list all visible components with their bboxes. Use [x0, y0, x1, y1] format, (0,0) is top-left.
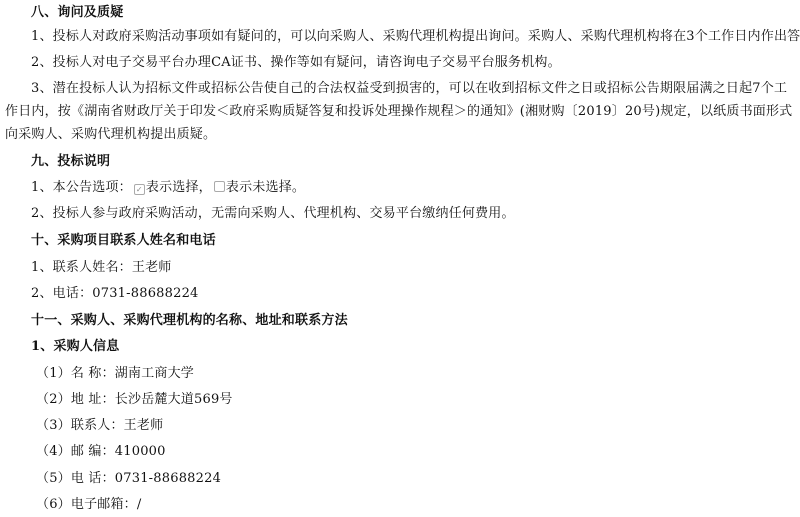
purchaser-phone: （5）电 话：0731-88688224 — [36, 470, 221, 488]
checked-meaning: 表示选择， — [146, 180, 212, 195]
section-10-heading: 十、采购项目联系人姓名和电话 — [31, 232, 216, 250]
purchaser-name: （1）名 称：湖南工商大学 — [36, 365, 194, 383]
section-8-item-1: 1、投标人对政府采购活动事项如有疑问的，可以向采购人、采购代理机构提出询问。采购… — [31, 28, 800, 46]
section-8-item-2: 2、投标人对电子交易平台办理CA证书、操作等如有疑问，请咨询电子交易平台服务机构… — [31, 54, 561, 72]
unchecked-checkbox-icon — [214, 181, 225, 192]
section-9-item-2: 2、投标人参与政府采购活动，无需向采购人、代理机构、交易平台缴纳任何费用。 — [31, 205, 515, 223]
contact-phone: 2、电话：0731-88688224 — [31, 285, 199, 303]
purchaser-contact: （3）联系人：王老师 — [36, 417, 163, 435]
purchaser-postcode: （4）邮 编：410000 — [36, 443, 166, 461]
checked-checkbox-icon: ✓ — [134, 184, 145, 195]
section-9-heading: 九、投标说明 — [31, 153, 110, 171]
options-label: 1、本公告选项： — [31, 180, 132, 195]
section-8-heading: 八、询问及质疑 — [31, 4, 123, 22]
purchaser-info-heading: 1、采购人信息 — [31, 338, 119, 356]
purchaser-email: （6）电子邮箱：/ — [36, 496, 141, 514]
purchaser-address: （2）地 址：长沙岳麓大道569号 — [36, 391, 233, 409]
contact-name: 1、联系人姓名：王老师 — [31, 259, 171, 277]
section-11-heading: 十一、采购人、采购代理机构的名称、地址和联系方法 — [31, 312, 348, 330]
section-8-item-3: 3、潜在投标人认为招标文件或招标公告使自己的合法权益受到损害的，可以在收到招标文… — [5, 77, 795, 146]
section-9-item-1: 1、本公告选项：✓表示选择，表示未选择。 — [31, 179, 305, 197]
unchecked-meaning: 表示未选择。 — [226, 180, 305, 195]
